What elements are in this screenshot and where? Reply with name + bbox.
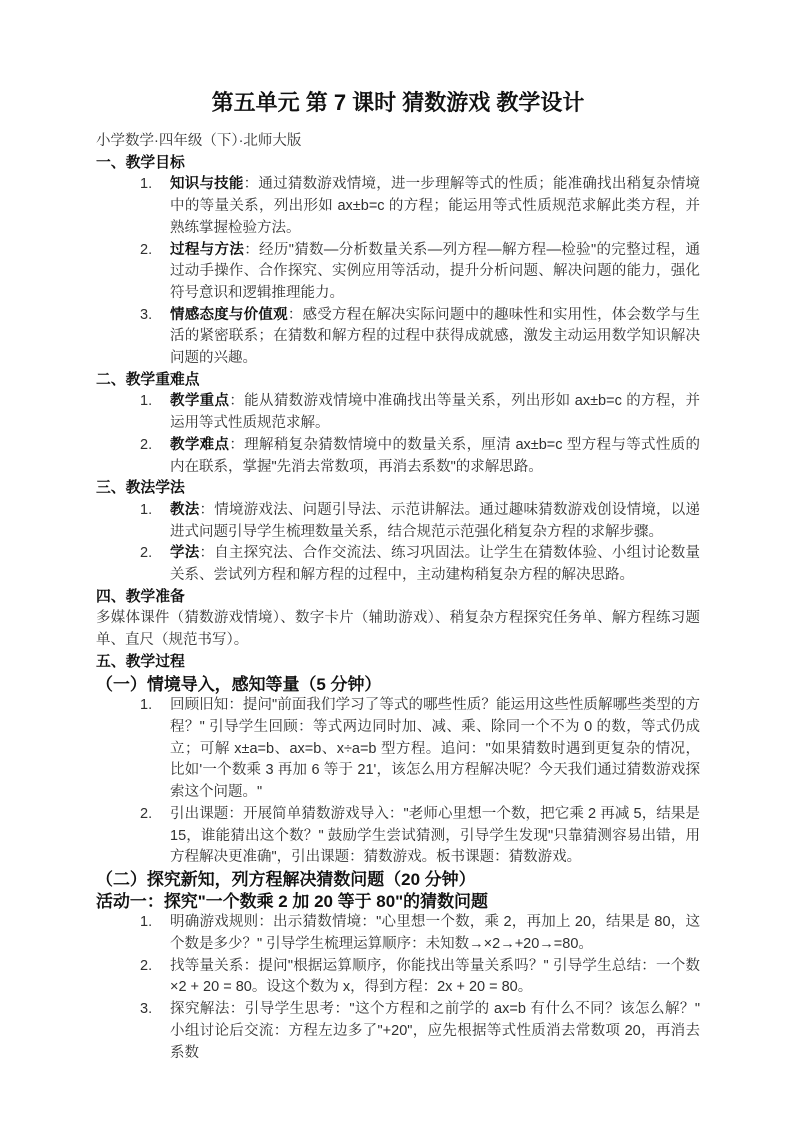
section-heading-methods: 三、教法学法 [96, 478, 700, 500]
list-item: 1. 教法：情境游戏法、问题引导法、示范讲解法。通过趣味猜数游戏创设情境，以递进… [96, 500, 700, 543]
list-number: 2. [140, 543, 170, 586]
list-item: 3. 情感态度与价值观：感受方程在解决实际问题中的趣味性和实用性，体会数学与生活… [96, 305, 700, 370]
list-number: 2. [140, 435, 170, 478]
step-review-old-knowledge: 回顾旧知：提问"前面我们学习了等式的哪些性质？能运用这些性质解哪些类型的方程？"… [170, 695, 700, 804]
learning-method: 学法：自主探究法、合作交流法、练习巩固法。让学生在猜数体验、小组讨论数量关系、尝… [170, 543, 700, 586]
item-label: 教法 [170, 502, 199, 518]
list-number: 1. [140, 695, 170, 804]
document-page: 第五单元 第 7 课时 猜数游戏 教学设计 小学数学·四年级（下）·北师大版 一… [0, 0, 794, 1123]
section-heading-process: 五、教学过程 [96, 652, 700, 674]
list-item: 2. 找等量关系：提问"根据运算顺序，你能找出等量关系吗？" 引导学生总结：一个… [96, 956, 700, 999]
item-label: 知识与技能 [170, 176, 244, 192]
list-number: 2. [140, 956, 170, 999]
step-find-equality: 找等量关系：提问"根据运算顺序，你能找出等量关系吗？" 引导学生总结：一个数×2… [170, 956, 700, 999]
item-text: ：情境游戏法、问题引导法、示范讲解法。通过趣味猜数游戏创设情境，以递进式问题引导… [170, 502, 700, 540]
item-text: ：经历"猜数—分析数量关系—列方程—解方程—检验"的完整过程，通过动手操作、合作… [170, 242, 700, 301]
list-number: 1. [140, 174, 170, 239]
list-number: 2. [140, 804, 170, 869]
section-heading-focus: 二、教学重难点 [96, 370, 700, 392]
teaching-difficulty: 教学难点：理解稍复杂猜数情境中的数量关系，厘清 ax±b=c 型方程与等式性质的… [170, 435, 700, 478]
list-item: 2. 教学难点：理解稍复杂猜数情境中的数量关系，厘清 ax±b=c 型方程与等式… [96, 435, 700, 478]
teaching-key-point: 教学重点：能从猜数游戏情境中准确找出等量关系，列出形如 ax±b=c 的方程，并… [170, 391, 700, 434]
teaching-method: 教法：情境游戏法、问题引导法、示范讲解法。通过趣味猜数游戏创设情境，以递进式问题… [170, 500, 700, 543]
item-text: ：自主探究法、合作交流法、练习巩固法。让学生在猜数体验、小组讨论数量关系、尝试列… [170, 545, 700, 583]
subsection-heading-part1: （一）情境导入，感知等量（5 分钟） [96, 674, 700, 696]
item-text: ：理解稍复杂猜数情境中的数量关系，厘清 ax±b=c 型方程与等式性质的内在联系… [170, 437, 700, 475]
list-item: 1. 知识与技能：通过猜数游戏情境，进一步理解等式的性质；能准确找出稍复杂情境中… [96, 174, 700, 239]
document-subtitle: 小学数学·四年级（下）·北师大版 [96, 131, 700, 153]
list-number: 3. [140, 305, 170, 370]
list-item: 2. 学法：自主探究法、合作交流法、练习巩固法。让学生在猜数体验、小组讨论数量关… [96, 543, 700, 586]
list-item: 1. 教学重点：能从猜数游戏情境中准确找出等量关系，列出形如 ax±b=c 的方… [96, 391, 700, 434]
section-heading-objectives: 一、教学目标 [96, 153, 700, 175]
item-text: ：通过猜数游戏情境，进一步理解等式的性质；能准确找出稍复杂情境中的等量关系，列出… [170, 176, 700, 235]
item-label: 情感态度与价值观 [170, 307, 288, 323]
list-item: 2. 引出课题：开展简单猜数游戏导入："老师心里想一个数，把它乘 2 再减 5，… [96, 804, 700, 869]
list-item: 1. 回顾旧知：提问"前面我们学习了等式的哪些性质？能运用这些性质解哪些类型的方… [96, 695, 700, 804]
objective-values: 情感态度与价值观：感受方程在解决实际问题中的趣味性和实用性，体会数学与生活的紧密… [170, 305, 700, 370]
preparation-text: 多媒体课件（猜数游戏情境）、数字卡片（辅助游戏）、稍复杂方程探究任务单、解方程练… [96, 608, 700, 651]
subsection-heading-part2: （二）探究新知，列方程解决猜数问题（20 分钟） [96, 869, 700, 891]
document-title: 第五单元 第 7 课时 猜数游戏 教学设计 [96, 88, 700, 118]
list-number: 1. [140, 912, 170, 955]
item-label: 过程与方法 [170, 242, 244, 258]
activity1-heading: 活动一：探究"一个数乘 2 加 20 等于 80"的猜数问题 [96, 891, 700, 913]
step-game-rules: 明确游戏规则：出示猜数情境："心里想一个数，乘 2，再加上 20，结果是 80，… [170, 912, 700, 955]
list-number: 1. [140, 500, 170, 543]
objective-knowledge-skills: 知识与技能：通过猜数游戏情境，进一步理解等式的性质；能准确找出稍复杂情境中的等量… [170, 174, 700, 239]
item-label: 学法 [170, 545, 199, 561]
objective-process-methods: 过程与方法：经历"猜数—分析数量关系—列方程—解方程—检验"的完整过程，通过动手… [170, 240, 700, 305]
step-introduce-topic: 引出课题：开展简单猜数游戏导入："老师心里想一个数，把它乘 2 再减 5，结果是… [170, 804, 700, 869]
list-number: 3. [140, 999, 170, 1064]
list-item: 1. 明确游戏规则：出示猜数情境："心里想一个数，乘 2，再加上 20，结果是 … [96, 912, 700, 955]
list-number: 1. [140, 391, 170, 434]
step-explore-solution: 探究解法：引导学生思考："这个方程和之前学的 ax=b 有什么不同？该怎么解？"… [170, 999, 700, 1064]
list-item: 2. 过程与方法：经历"猜数—分析数量关系—列方程—解方程—检验"的完整过程，通… [96, 240, 700, 305]
item-label: 教学重点 [170, 393, 229, 409]
item-text: ：能从猜数游戏情境中准确找出等量关系，列出形如 ax±b=c 的方程，并运用等式… [170, 393, 700, 431]
list-number: 2. [140, 240, 170, 305]
section-heading-preparation: 四、教学准备 [96, 587, 700, 609]
list-item: 3. 探究解法：引导学生思考："这个方程和之前学的 ax=b 有什么不同？该怎么… [96, 999, 700, 1064]
item-label: 教学难点 [170, 437, 229, 453]
